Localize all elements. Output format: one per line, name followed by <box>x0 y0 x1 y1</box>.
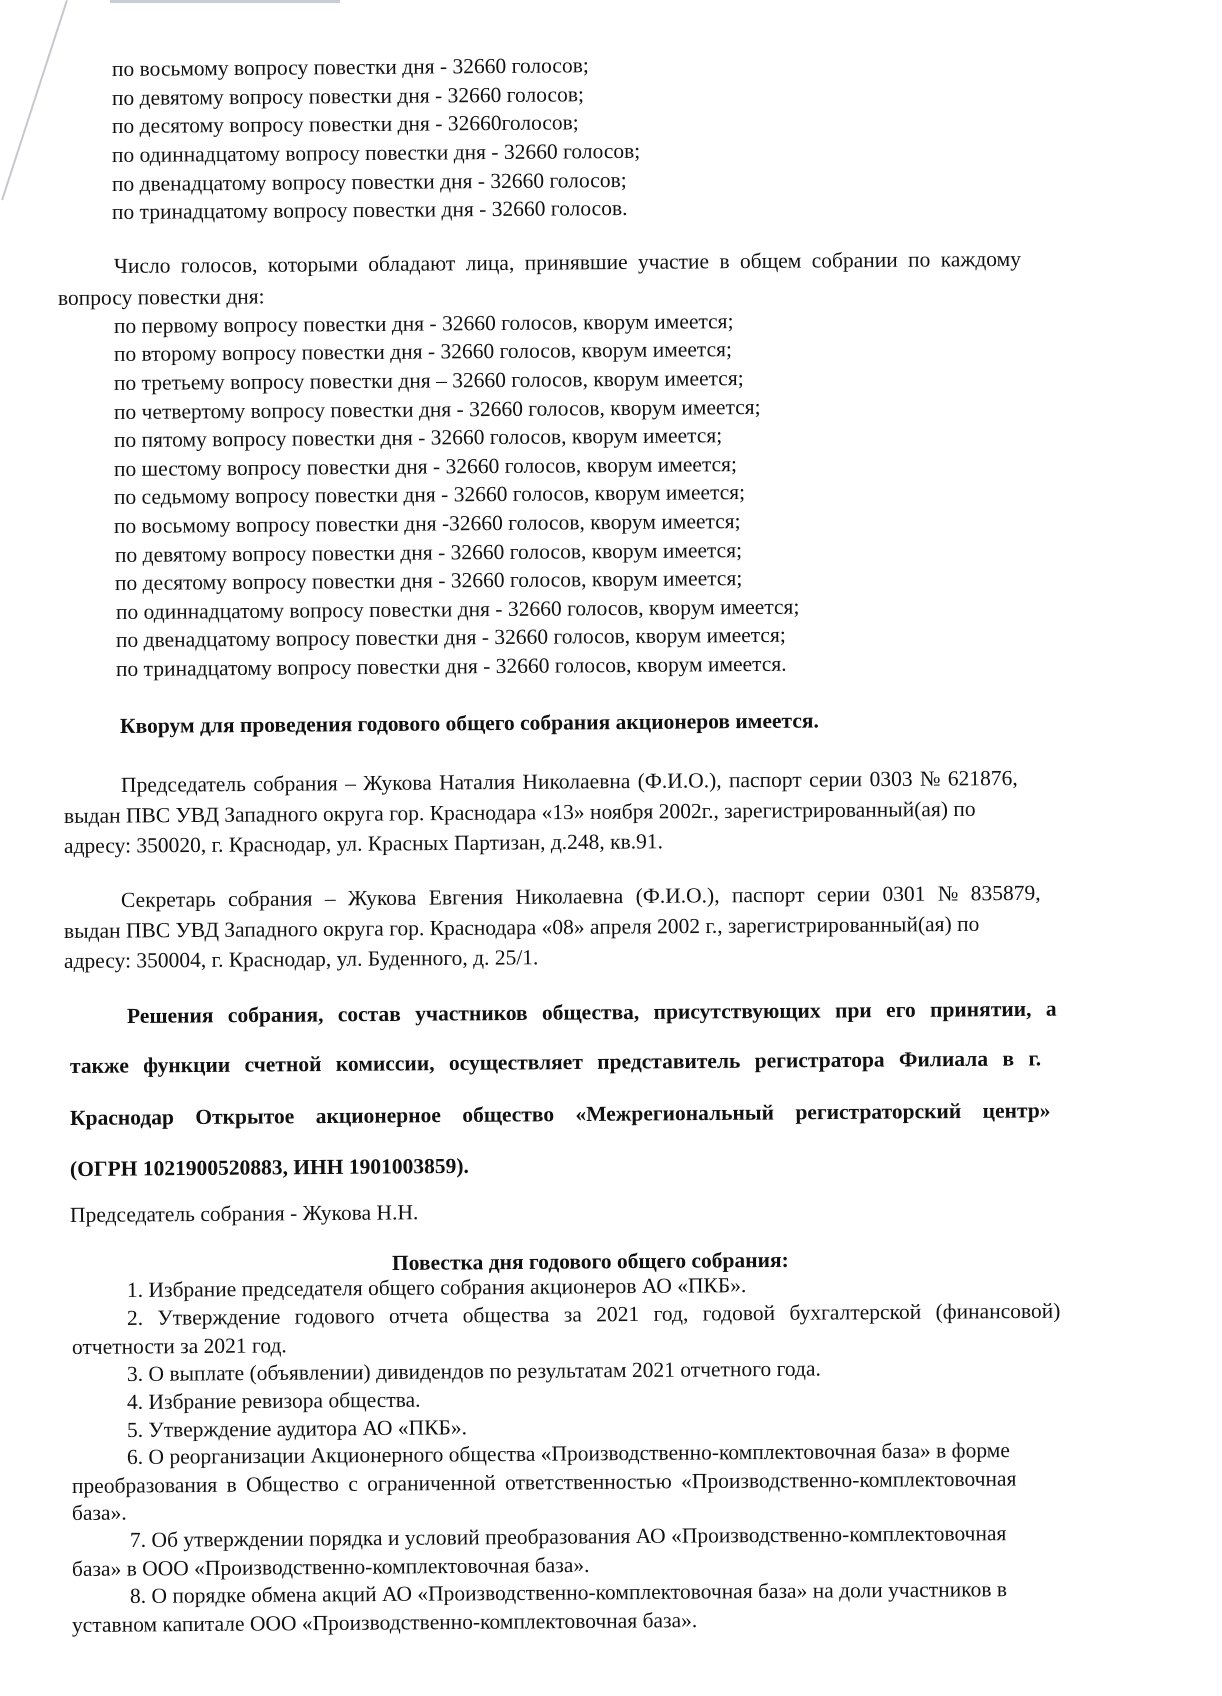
agenda-item: 7. Об утверждении порядка и условий прео… <box>130 1520 1007 1554</box>
scan-edge-top <box>110 0 340 3</box>
participants-line: по десятому вопросу повестки дня - 32660… <box>115 565 742 597</box>
participants-line: по пятому вопросу повестки дня - 32660 г… <box>114 422 722 454</box>
votes-line: по восьмому вопросу повестки дня - 32660… <box>112 52 589 83</box>
agenda-item: 8. О порядке обмена акций АО «Производст… <box>130 1576 1007 1610</box>
registrar-line: (ОГРН 1021900520883, ИНН 1901003859). <box>70 1153 469 1183</box>
chairman-line: выдан ПВС УВД Западного округа гор. Крас… <box>64 796 976 830</box>
votes-line: по тринадцатому вопросу повестки дня - 3… <box>112 195 628 226</box>
registrar-line: также функции счетной комиссии, осуществ… <box>70 1045 1041 1080</box>
registrar-line: Краснодар Открытое акционерное общество … <box>70 1097 1051 1132</box>
votes-line: по двенадцатому вопросу повестки дня - 3… <box>112 167 627 198</box>
agenda-item-cont: преобразования в Общество с ограниченной… <box>72 1466 1017 1500</box>
participants-line: по третьему вопросу повестки дня – 32660… <box>114 365 744 397</box>
participants-line: по двенадцатому вопросу повестки дня - 3… <box>116 622 786 654</box>
participants-line: по первому вопросу повестки дня - 32660 … <box>114 308 734 340</box>
scan-edge-left <box>1 0 68 200</box>
participants-intro-cont: вопросу повестки дня: <box>58 283 265 312</box>
agenda-item-cont: уставном капитале ООО «Производственно-к… <box>72 1607 697 1639</box>
participants-intro: Число голосов, которыми обладают лица, п… <box>114 246 1021 280</box>
agenda-item: 4. Избрание ревизора общества. <box>127 1387 421 1416</box>
registrar-line: Решения собрания, состав участников обще… <box>127 996 1057 1030</box>
participants-line: по тринадцатому вопросу повестки дня - 3… <box>116 651 787 683</box>
participants-line: по одиннадцатому вопросу повестки дня - … <box>116 594 800 626</box>
votes-line: по одиннадцатому вопросу повестки дня - … <box>112 138 640 169</box>
votes-line: по девятому вопросу повестки дня - 32660… <box>112 81 584 112</box>
chairman-line: Председатель собрания – Жукова Наталия Н… <box>121 765 1018 799</box>
agenda-item-cont: отчетности за 2021 год. <box>72 1332 287 1361</box>
document-page: по восьмому вопросу повестки дня - 32660… <box>0 0 1222 1696</box>
participants-line: по четвертому вопросу повестки дня - 326… <box>114 394 761 426</box>
participants-line: по шестому вопросу повестки дня - 32660 … <box>114 451 737 483</box>
participants-line: по девятому вопросу повестки дня - 32660… <box>115 537 742 569</box>
agenda-item: 3. О выплате (объявлении) дивидендов по … <box>127 1356 821 1388</box>
votes-line: по десятому вопросу повестки дня - 32660… <box>112 109 579 140</box>
participants-line: по седьмому вопросу повестки дня - 32660… <box>114 479 745 511</box>
agenda-item: 1. Избрание председателя общего собрания… <box>127 1272 747 1304</box>
agenda-item-cont: база». <box>72 1500 127 1527</box>
participants-line: по второму вопросу повестки дня - 32660 … <box>114 336 732 368</box>
participants-line: по восьмому вопросу повестки дня -32660 … <box>114 508 741 540</box>
quorum-statement: Кворум для проведения годового общего со… <box>120 708 819 740</box>
agenda-item: 5. Утверждение аудитора АО «ПКБ». <box>127 1414 467 1444</box>
secretary-line: адресу: 350004, г. Краснодар, ул. Буденн… <box>64 944 539 975</box>
secretary-line: Секретарь собрания – Жукова Евгения Нико… <box>121 880 1041 914</box>
chairman-signature: Председатель собрания - Жукова Н.Н. <box>70 1199 419 1229</box>
secretary-line: выдан ПВС УВД Западного округа гор. Крас… <box>64 911 980 945</box>
chairman-line: адресу: 350020, г. Краснодар, ул. Красны… <box>64 828 663 860</box>
agenda-item-cont: база» в ООО «Производственно-комплектово… <box>72 1552 590 1583</box>
